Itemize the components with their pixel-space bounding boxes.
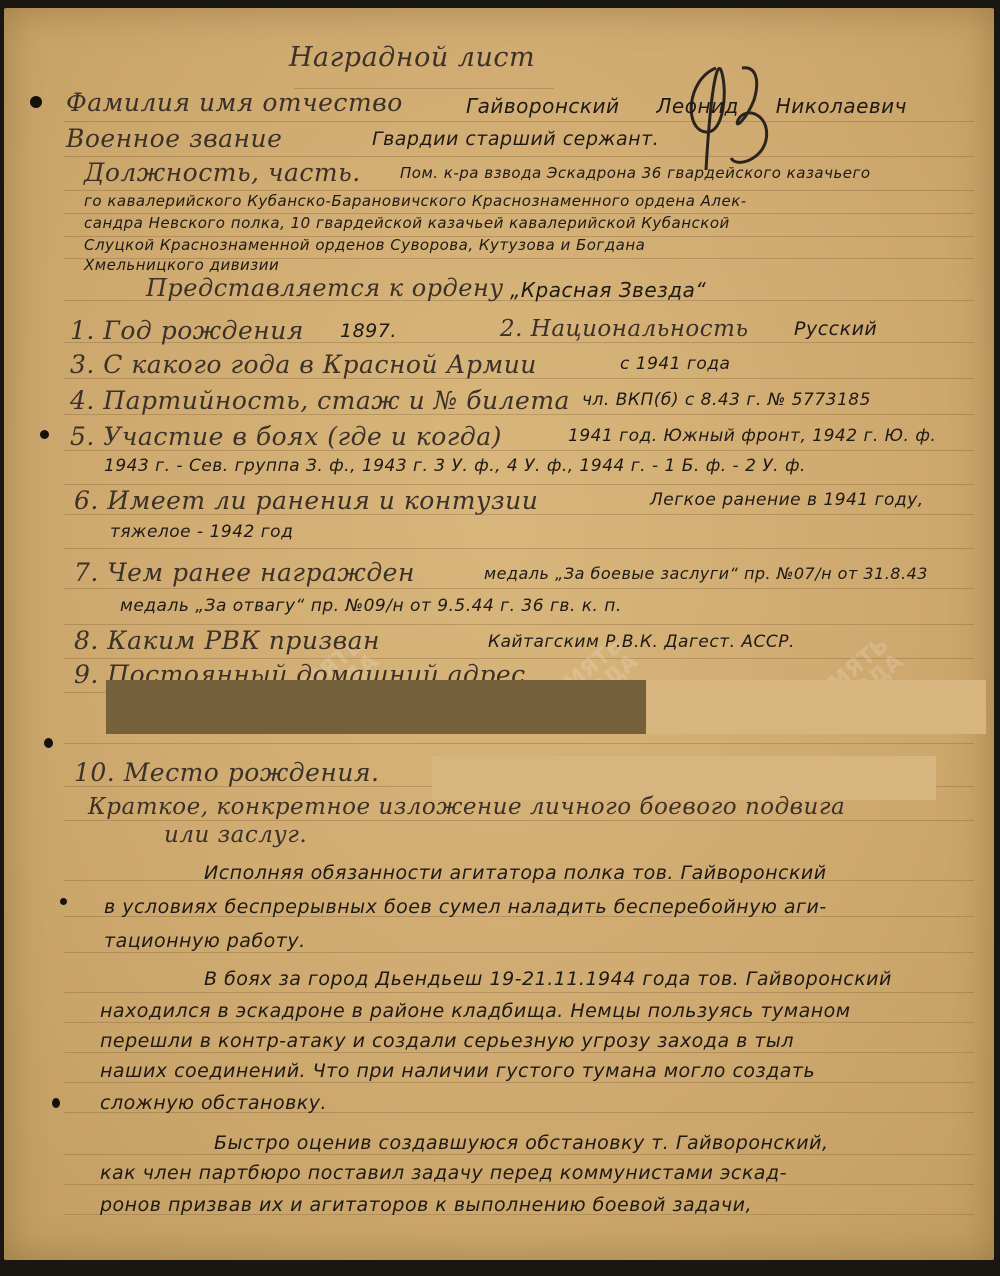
punch-hole xyxy=(52,1098,60,1108)
party-value: чл. ВКП(б) с 8.43 г. № 5773185 xyxy=(582,390,871,410)
punch-hole xyxy=(30,96,42,108)
ruled-line xyxy=(64,743,974,744)
punch-hole xyxy=(40,430,49,439)
ruled-line xyxy=(64,992,974,993)
award-value: „Красная Звезда“ xyxy=(510,278,706,302)
army-since-value: с 1941 года xyxy=(620,354,730,374)
ruled-line xyxy=(64,190,974,191)
narrative-line: в условиях беспрерывных боев сумел налад… xyxy=(104,896,827,918)
name-value: Гайворонский Леонид Николаевич xyxy=(466,94,907,118)
document-title: Наградной лист xyxy=(289,42,535,73)
narrative-line: В боях за город Дьендьеш 19-21.11.1944 г… xyxy=(204,968,892,990)
position-line: Слуцкой Краснознаменной орденов Суворова… xyxy=(84,236,645,254)
prior-awards-label: 7. Чем ранее награжден xyxy=(74,558,415,587)
battles-line: 1941 год. Южный фронт, 1942 г. Ю. ф. xyxy=(568,426,936,446)
ruled-line xyxy=(64,624,974,625)
narrative-line: Быстро оценив создавшуюся обстановку т. … xyxy=(214,1132,829,1154)
narrative-line: находился в эскадроне в районе кладбища.… xyxy=(100,1000,851,1022)
award-label: Представляется к ордену xyxy=(146,274,504,302)
ruled-line xyxy=(64,156,974,157)
narrative-line: как член партбюро поставил задачу перед … xyxy=(100,1162,787,1184)
summary-heading: или заслуг. xyxy=(164,822,307,848)
redacted-address xyxy=(106,680,646,734)
ruled-line xyxy=(64,658,974,659)
rank-label: Военное звание xyxy=(66,124,282,153)
narrative-line: Исполняя обязанности агитатора полка тов… xyxy=(204,862,827,884)
narrative-line: перешли в контр-атаку и создали серьезну… xyxy=(100,1030,794,1052)
award-sheet: ПАМЯТЬНАРОДА ПАМЯТЬНАРОДА ПАМЯТЬНАРОДА Н… xyxy=(4,8,994,1260)
ruled-line xyxy=(64,1022,974,1023)
nationality-value: Русский xyxy=(794,318,877,340)
party-label: 4. Партийность, стаж и № билета xyxy=(70,386,570,415)
narrative-line: ронов призвав их и агитаторов к выполнен… xyxy=(100,1194,752,1216)
wounds-line: Легкое ранение в 1941 году, xyxy=(650,490,924,510)
army-since-label: 3. С какого года в Красной Армии xyxy=(70,350,537,379)
punch-hole xyxy=(44,738,53,748)
summary-heading: Краткое, конкретное изложение личного бо… xyxy=(88,794,845,820)
rvk-value: Кайтагским Р.В.К. Дагест. АССР. xyxy=(488,632,795,652)
ruled-line xyxy=(64,484,974,485)
position-line: Пом. к-ра взвода Эскадрона 36 гвардейско… xyxy=(400,164,871,182)
prior-awards-line: медаль „За отвагу“ пр. №09/н от 9.5.44 г… xyxy=(120,596,622,616)
position-line: сандра Невского полка, 10 гвардейской ка… xyxy=(84,214,730,232)
wounds-line: тяжелое - 1942 год xyxy=(110,522,293,542)
position-label: Должность, часть. xyxy=(84,158,361,187)
position-line: го кавалерийского Кубанско-Барановичског… xyxy=(84,192,747,210)
name-label: Фамилия имя отчество xyxy=(66,88,403,117)
rvk-label: 8. Каким РВК призван xyxy=(74,626,380,655)
ruled-line xyxy=(64,1082,974,1083)
ruled-line xyxy=(64,121,974,122)
narrative-line: сложную обстановку. xyxy=(100,1092,327,1114)
ruled-line xyxy=(64,1154,974,1155)
birth-year-label: 1. Год рождения xyxy=(70,316,304,345)
ruled-line xyxy=(64,1184,974,1185)
punch-hole xyxy=(60,898,67,905)
position-line: Хмельницкого дивизии xyxy=(84,256,279,274)
prior-awards-line: медаль „За боевые заслуги“ пр. №07/н от … xyxy=(484,564,928,583)
nationality-label: 2. Национальность xyxy=(500,316,748,342)
birth-year-value: 1897. xyxy=(340,320,397,342)
rank-value: Гвардии старший сержант. xyxy=(372,128,659,150)
battles-label: 5. Участие в боях (где и когда) xyxy=(70,422,502,451)
birthplace-label: 10. Место рождения. xyxy=(74,758,379,787)
redacted-address xyxy=(646,680,986,734)
wounds-label: 6. Имеет ли ранения и контузии xyxy=(74,486,538,515)
ruled-line xyxy=(64,952,974,953)
ruled-line xyxy=(64,1052,974,1053)
battles-line: 1943 г. - Сев. группа З. ф., 1943 г. 3 У… xyxy=(104,456,806,476)
narrative-line: наших соединений. Что при наличии густог… xyxy=(100,1060,815,1082)
ruled-line xyxy=(64,548,974,549)
narrative-line: тационную работу. xyxy=(104,930,306,952)
ruled-line xyxy=(64,820,974,821)
ruled-line xyxy=(64,588,974,589)
